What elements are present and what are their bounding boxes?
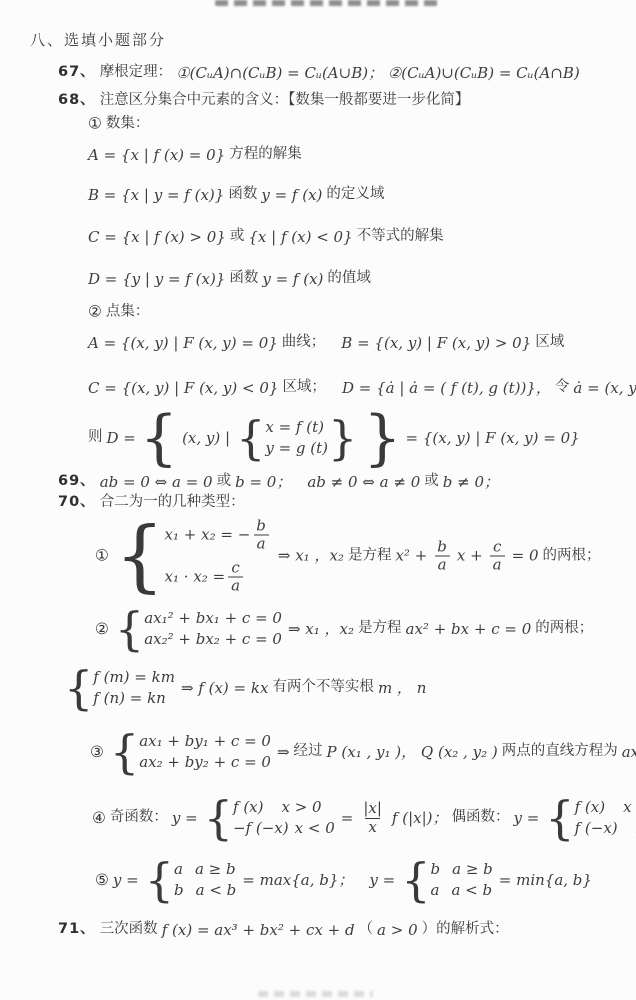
pointset-conclusion-line: 则 D = { (x, y) | { x = f (t) y = g (t) }… — [88, 417, 580, 459]
circled-2-mark: ② — [95, 619, 109, 640]
cubic-formula: f (x) = ax³ + bx² + cx + d — [162, 920, 355, 940]
piece-expr: b — [174, 880, 184, 901]
pointset-b-desc: 区域 — [535, 333, 564, 353]
circled-1-mark: ① — [88, 114, 102, 135]
item-67-number: 67、 — [58, 63, 96, 83]
clipped-header-artifact — [215, 0, 440, 6]
item-67-formula: ①(CᵤA)∩(CᵤB) = Cᵤ(A∪B)； ②(CᵤA)∪(CᵤB) = C… — [176, 63, 580, 83]
even-piecewise: { f (x)x > 0 f (−x)x < 0 — [545, 797, 636, 839]
piece-cond: a < b — [196, 880, 237, 901]
is-equation-label: 是方程 — [358, 619, 402, 639]
implies: ⇒ — [277, 742, 290, 762]
line-equation: ax + by + c = 0 — [622, 742, 636, 762]
pointset-ab-line: A = {(x, y) | F (x, y) = 0} 曲线； B = {(x,… — [88, 333, 564, 353]
type-2-line: ② { ax₁² + bx₁ + c = 0 ax₂² + bx₂ + c = … — [95, 608, 593, 650]
numberset-b-formula2: y = f (x) — [261, 185, 322, 205]
item-70-label: 合二为一的几种类型： — [100, 493, 245, 513]
circled-5-mark: ⑤ — [95, 870, 109, 891]
y-equals: y = — [113, 870, 139, 890]
numberset-b-line: B = {x | y = f (x)} 函数 y = f (x) 的定义域 — [88, 185, 384, 205]
frac-den: a — [490, 556, 505, 574]
piece-expr: f (x) — [233, 797, 263, 818]
item-71-number: 71、 — [58, 920, 96, 940]
piece-expr: f (x) — [575, 797, 605, 818]
type-4-line: ④ 奇函数： y = { f (x)x > 0 −f (−x)x < 0 = |… — [92, 797, 636, 839]
frac-num: |x| — [360, 800, 385, 817]
quadratic-part2: x + — [457, 546, 483, 566]
pointset-c-formula: C = {(x, y) | F (x, y) < 0} — [88, 378, 278, 398]
pointset-d-let: 令 — [555, 378, 570, 398]
parametric-y: y = g (t) — [265, 438, 328, 459]
line-row1: ax₁ + by₁ + c = 0 — [139, 731, 271, 752]
a-positive: a > 0 — [377, 920, 418, 940]
item-67: 67、 摩根定理： ①(CᵤA)∩(CᵤB) = Cᵤ(A∪B)； ②(CᵤA)… — [58, 63, 580, 83]
item-69-number: 69、 — [58, 472, 96, 492]
piece-expr: a — [431, 880, 440, 901]
pointset-c-desc: 区域； — [282, 378, 326, 398]
d-equals: D = — [107, 428, 136, 448]
faint-footer-artifact — [258, 991, 373, 997]
equals: = — [341, 808, 354, 828]
y-equals-2: y = — [369, 870, 395, 890]
is-equation-label: 是方程 — [348, 546, 392, 566]
line-equation-label: 两点的直线方程为 — [502, 742, 618, 762]
quadratic-part1: x² + — [395, 546, 427, 566]
section-heading: 八、选填小题部分 — [30, 30, 166, 50]
piece-cond: a ≥ b — [452, 859, 493, 880]
numberset-c-desc: 不等式的解集 — [357, 227, 444, 247]
frac-num: c — [228, 559, 242, 576]
f-absx: f (|x|)； — [392, 808, 448, 828]
quadratic-system: { ax₁² + bx₁ + c = 0 ax₂² + bx₂ + c = 0 — [115, 608, 282, 650]
points-pq: P (x₁ , y₁ )， Q (x₂ , y₂ ) — [327, 742, 498, 762]
item-68-sub2-heading: ② 点集： — [88, 302, 149, 323]
numberset-a-formula: A = {x | f (x) = 0} — [88, 145, 225, 165]
implies-roots: ⇒ x₁ ，x₂ — [288, 619, 354, 639]
frac-num: b — [434, 538, 450, 555]
numberset-d-formula2: y = f (x) — [262, 269, 323, 289]
fm-fn-system: { f (m) = km f (n) = kn — [64, 667, 175, 709]
equals-max: = max{a, b}； — [242, 870, 353, 890]
item-69-f1: ab = 0 ⇔ a = 0 — [100, 472, 213, 492]
item-68: 68、 注意区分集合中元素的含义：【数集一般都要进一步化简】 — [58, 91, 469, 111]
frac-den: a — [435, 556, 450, 574]
open-paren: （ — [359, 920, 374, 940]
item-71: 71、 三次函数 f (x) = ax³ + bx² + cx + d （ a … — [58, 920, 509, 940]
pair-prefix: (x, y) | — [182, 428, 230, 448]
piece-cond: x > 0 — [281, 797, 321, 818]
line-system: { ax₁ + by₁ + c = 0 ax₂ + by₂ + c = 0 — [110, 731, 271, 773]
sub1-label: 数集： — [106, 114, 150, 134]
analytic-label: ）的解析式： — [422, 920, 509, 940]
item-69-f2: b = 0； — [235, 472, 291, 492]
frac-den: a — [228, 576, 243, 594]
numberset-c-or: 或 — [230, 227, 245, 247]
eq-row2: ax₂² + bx₂ + c = 0 — [144, 629, 282, 650]
odd-function-label: 奇函数： — [110, 808, 168, 828]
equals-min: = min{a, b} — [499, 870, 592, 890]
type-5-line: ⑤ y = { aa ≥ b ba < b = max{a, b}； y = {… — [95, 859, 592, 901]
unequal-roots-label: 有两个不等实根 — [272, 678, 374, 698]
piece-cond: x < 0 — [295, 818, 335, 839]
frac-den: a — [254, 535, 269, 553]
numberset-b-desc2: 的定义域 — [326, 185, 384, 205]
pointset-b-formula: B = {(x, y) | F (x, y) > 0} — [341, 333, 531, 353]
eq-row1: ax₁² + bx₁ + c = 0 — [144, 608, 282, 629]
item-68-number: 68、 — [58, 91, 96, 111]
numberset-d-desc2: 的值域 — [327, 269, 371, 289]
fraction-c-a-2: c a — [490, 538, 505, 574]
implies-fx: ⇒ f (x) = kx — [181, 678, 268, 698]
numberset-d-formula: D = {y | y = f (x)} — [88, 269, 225, 289]
piece-expr: a — [174, 859, 183, 880]
frac-num: b — [253, 518, 269, 535]
numberset-c-formula: C = {x | f (x) > 0} — [88, 227, 226, 247]
sub2-label: 点集： — [106, 302, 150, 322]
item-67-label: 摩根定理： — [100, 63, 173, 83]
pointset-d-vector: ȧ = (x, y)， — [573, 378, 636, 398]
parametric-x: x = f (t) — [265, 417, 328, 438]
fraction-b-a: b a — [253, 518, 269, 554]
item-69-or1: 或 — [217, 472, 232, 492]
numberset-a-line: A = {x | f (x) = 0} 方程的解集 — [88, 145, 302, 165]
vieta-product: x₁ · x₂ = — [165, 566, 226, 587]
piece-expr: b — [431, 859, 441, 880]
item-69: 69、 ab = 0 ⇔ a = 0 或 b = 0； ab ≠ 0 ⇔ a ≠… — [58, 472, 499, 492]
numberset-b-formula: B = {x | y = f (x)} — [88, 185, 224, 205]
piece-cond: a < b — [451, 880, 492, 901]
circled-2-mark: ② — [88, 302, 102, 323]
piece-cond: a ≥ b — [195, 859, 236, 880]
vieta-system: { x₁ + x₂ = − b a x₁ · x₂ = c a — [115, 518, 272, 595]
item-69-or2: 或 — [424, 472, 439, 492]
item-70-number: 70、 — [58, 493, 96, 513]
frac-num: c — [490, 538, 504, 555]
fraction-c-a: c a — [228, 559, 243, 595]
fraction-b-a-2: b a — [434, 538, 450, 574]
item-69-f4: b ≠ 0； — [443, 472, 499, 492]
quadratic-part3: = 0 — [512, 546, 539, 566]
type-1-line: ① { x₁ + x₂ = − b a x₁ · x₂ = c a — [95, 518, 601, 595]
fm-row: f (m) = km — [93, 667, 175, 688]
circled-1-mark: ① — [95, 546, 109, 567]
numberset-a-desc: 方程的解集 — [229, 145, 302, 165]
item-68-sub1-heading: ① 数集： — [88, 114, 149, 135]
numberset-d-desc1: 函数 — [229, 269, 258, 289]
fraction-absx-x: |x| x — [360, 800, 385, 836]
roots-mn: m ， n — [378, 678, 426, 698]
item-70: 70、 合二为一的几种类型： — [58, 493, 245, 513]
fn-row: f (n) = kn — [93, 688, 175, 709]
cubic-function-label: 三次函数 — [100, 920, 158, 940]
odd-piecewise: { f (x)x > 0 −f (−x)x < 0 — [204, 797, 335, 839]
numberset-c-formula2: {x | f (x) < 0} — [248, 227, 352, 247]
item-69-f3: ab ≠ 0 ⇔ a ≠ 0 — [307, 472, 420, 492]
numberset-d-line: D = {y | y = f (x)} 函数 y = f (x) 的值域 — [88, 269, 371, 289]
numberset-c-line: C = {x | f (x) > 0} 或 {x | f (x) < 0} 不等… — [88, 227, 444, 247]
then-label: 则 — [88, 428, 103, 448]
implies-roots: ⇒ x₁ ，x₂ — [278, 546, 344, 566]
type-3-line: ③ { ax₁ + by₁ + c = 0 ax₂ + by₂ + c = 0 … — [90, 731, 636, 773]
through-label: 经过 — [294, 742, 323, 762]
frac-den: x — [365, 818, 379, 836]
even-function-label: 偶函数： — [451, 808, 509, 828]
y-equals: y = — [172, 808, 198, 828]
section-heading-text: 八、选填小题部分 — [30, 30, 166, 50]
piece-cond: x > 0 — [623, 797, 636, 818]
max-piecewise: { aa ≥ b ba < b — [145, 859, 237, 901]
y-equals-2: y = — [513, 808, 539, 828]
pointset-a-desc: 曲线； — [282, 333, 326, 353]
line-row2: ax₂ + by₂ + c = 0 — [139, 752, 271, 773]
piece-expr: −f (−x) — [233, 818, 289, 839]
two-roots-label: 的两根； — [543, 546, 601, 566]
vieta-sum: x₁ + x₂ = − — [165, 525, 251, 546]
numberset-b-desc1: 函数 — [228, 185, 257, 205]
equals-set: = {(x, y) | F (x, y) = 0} — [406, 428, 580, 448]
parametric-system: { x = f (t) y = g (t) } — [236, 417, 357, 459]
fm-fn-line: { f (m) = km f (n) = kn ⇒ f (x) = kx 有两个… — [62, 667, 426, 709]
document-page: 八、选填小题部分 67、 摩根定理： ①(CᵤA)∩(CᵤB) = Cᵤ(A∪B… — [0, 0, 636, 1000]
piece-expr: f (−x) — [575, 818, 618, 839]
circled-4-mark: ④ — [92, 808, 106, 829]
pointset-a-formula: A = {(x, y) | F (x, y) = 0} — [88, 333, 278, 353]
item-68-label: 注意区分集合中元素的含义：【数集一般都要进一步化简】 — [100, 91, 470, 111]
two-roots-label: 的两根； — [535, 619, 593, 639]
circled-3-mark: ③ — [90, 742, 104, 763]
quadratic-eq: ax² + bx + c = 0 — [406, 619, 532, 639]
pointset-d-formula: D = {ȧ | ȧ = ( f (t), g (t))}， — [342, 378, 551, 398]
pointset-cd-line: C = {(x, y) | F (x, y) < 0} 区域； D = {ȧ |… — [88, 378, 636, 398]
min-piecewise: { ba ≥ b aa < b — [401, 859, 493, 901]
